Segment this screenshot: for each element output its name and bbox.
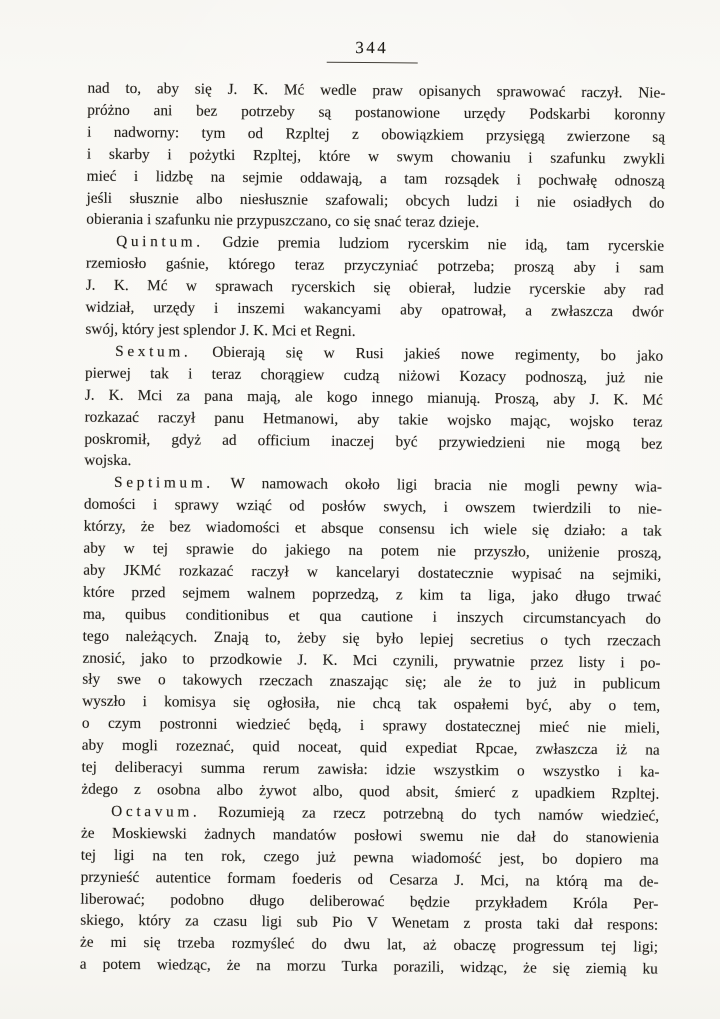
- paragraph: Quintum. Gdzie premia ludziom rycerskim …: [85, 231, 664, 346]
- paragraph-lead: Quintum.: [116, 233, 204, 251]
- page-number: 344: [326, 38, 417, 64]
- paragraph: Septimum. W namowach około ligi bracia n…: [81, 472, 662, 806]
- text-line: a potem wiedząc, że na morzu Turka poraz…: [80, 954, 658, 981]
- paragraph-lead: Septimum.: [114, 474, 214, 492]
- paragraph: nad to, aby się J. K. Mć wedle praw opis…: [86, 78, 665, 236]
- scanned-book-page: 344 nad to, aby się J. K. Mć wedle praw …: [0, 0, 720, 1019]
- scan-rotation-wrapper: 344 nad to, aby się J. K. Mć wedle praw …: [0, 0, 720, 981]
- paragraph: Sextum. Obierają się w Rusi jakieś nowe …: [84, 340, 663, 476]
- paragraph-lead: Octavum.: [111, 803, 200, 821]
- paragraph-lead: Sextum.: [115, 343, 191, 361]
- page-header: 344: [4, 35, 720, 66]
- text-block: nad to, aby się J. K. Mć wedle praw opis…: [0, 77, 720, 981]
- paragraph: Octavum. Rozumieją za rzecz potrzebną do…: [80, 800, 660, 980]
